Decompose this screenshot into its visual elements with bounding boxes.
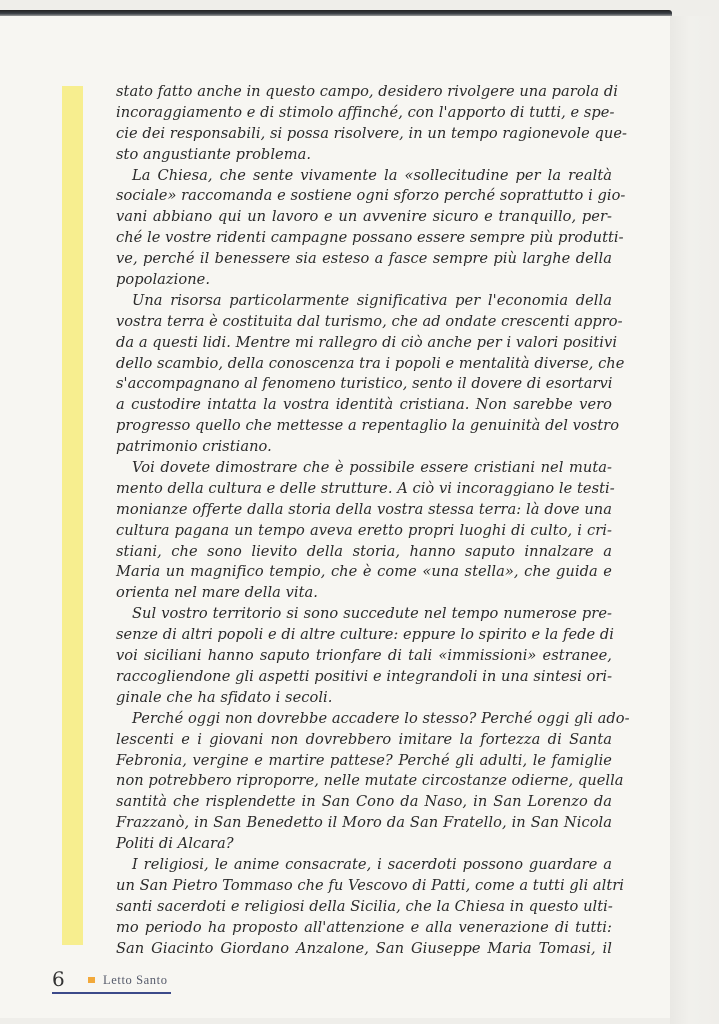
- page-number: 6: [52, 968, 65, 990]
- text-line: stiani, che sono lievito della storia, h…: [116, 542, 612, 563]
- text-line: ginale che ha sfidato i secoli.: [116, 688, 612, 709]
- text-line: orienta nel mare della vita.: [116, 583, 612, 604]
- text-line: I religiosi, le anime consacrate, i sace…: [116, 855, 612, 876]
- text-line: Politi di Alcara?: [116, 834, 612, 855]
- text-line: vostra terra è costituita dal turismo, c…: [116, 312, 612, 333]
- text-line: Sul vostro territorio si sono succedute …: [116, 604, 612, 625]
- text-line: San Giacinto Giordano Anzalone, San Gius…: [116, 939, 612, 960]
- text-line: incoraggiamento e di stimolo affinché, c…: [116, 103, 612, 124]
- text-line: voi siciliani hanno saputo trionfare di …: [116, 646, 612, 667]
- text-line: un San Pietro Tommaso che fu Vescovo di …: [116, 876, 612, 897]
- text-line: ché le vostre ridenti campagne possano e…: [116, 228, 612, 249]
- paragraph: Perché oggi non dovrebbe accadere lo ste…: [116, 709, 612, 855]
- text-line: lescenti e i giovani non dovrebbero imit…: [116, 730, 612, 751]
- text-line: ve, perché il benessere sia esteso a fas…: [116, 249, 612, 270]
- paragraph: Voi dovete dimostrare che è possibile es…: [116, 458, 612, 604]
- text-line: raccogliendone gli aspetti positivi e in…: [116, 667, 612, 688]
- publication-title: Letto Santo: [103, 973, 168, 987]
- paragraph: Una risorsa particolarmente significativ…: [116, 291, 612, 458]
- margin-accent-bar: [62, 86, 83, 945]
- text-line: sto angustiante problema.: [116, 145, 612, 166]
- text-line: Voi dovete dimostrare che è possibile es…: [116, 458, 612, 479]
- paragraph: Sul vostro territorio si sono succedute …: [116, 604, 612, 708]
- text-line: popolazione.: [116, 270, 612, 291]
- text-line: santi sacerdoti e religiosi della Sicili…: [116, 897, 612, 918]
- text-line: santità che risplendette in San Cono da …: [116, 792, 612, 813]
- text-line: non potrebbero riproporre, nelle mutate …: [116, 771, 612, 792]
- page-right-edge: [670, 16, 719, 1024]
- text-line: Maria un magnifico tempio, che è come «u…: [116, 562, 612, 583]
- footer-bullet-square-icon: [88, 977, 95, 983]
- text-line: dello scambio, della conoscenza tra i po…: [116, 354, 612, 375]
- text-line: La Chiesa, che sente vivamente la «solle…: [116, 166, 612, 187]
- text-line: monianze offerte dalla storia della vost…: [116, 500, 612, 521]
- text-line: cie dei responsabili, si possa risolvere…: [116, 124, 612, 145]
- text-line: senze di altri popoli e di altre culture…: [116, 625, 612, 646]
- text-line: Una risorsa particolarmente significativ…: [116, 291, 612, 312]
- body-text-column: stato fatto anche in questo campo, desid…: [116, 82, 612, 959]
- page-footer: 6 Letto Santo: [52, 968, 172, 994]
- text-line: vani abbiano qui un lavoro e un avvenire…: [116, 207, 612, 228]
- text-line: mo periodo ha proposto all'attenzione e …: [116, 918, 612, 939]
- paragraph: I religiosi, le anime consacrate, i sace…: [116, 855, 612, 959]
- text-line: Febronia, vergine e martire pattese? Per…: [116, 751, 612, 772]
- text-line: s'accompagnano al fenomeno turistico, se…: [116, 374, 612, 395]
- text-line: da a questi lidi. Mentre mi rallegro di …: [116, 333, 612, 354]
- text-line: a custodire intatta la vostra identità c…: [116, 395, 612, 416]
- text-line: sociale» raccomanda e sostiene ogni sfor…: [116, 186, 612, 207]
- text-line: Frazzanò, in San Benedetto il Moro da Sa…: [116, 813, 612, 834]
- paragraph: stato fatto anche in questo campo, desid…: [116, 82, 612, 166]
- text-line: stato fatto anche in questo campo, desid…: [116, 82, 612, 103]
- text-line: patrimonio cristiano.: [116, 437, 612, 458]
- text-line: Perché oggi non dovrebbe accadere lo ste…: [116, 709, 612, 730]
- text-line: mento della cultura e delle strutture. A…: [116, 479, 612, 500]
- text-line: cultura pagana un tempo aveva eretto pro…: [116, 521, 612, 542]
- text-line: progresso quello che mettesse a repentag…: [116, 416, 612, 437]
- paragraph: La Chiesa, che sente vivamente la «solle…: [116, 166, 612, 291]
- footer-underline-rule: [52, 992, 171, 994]
